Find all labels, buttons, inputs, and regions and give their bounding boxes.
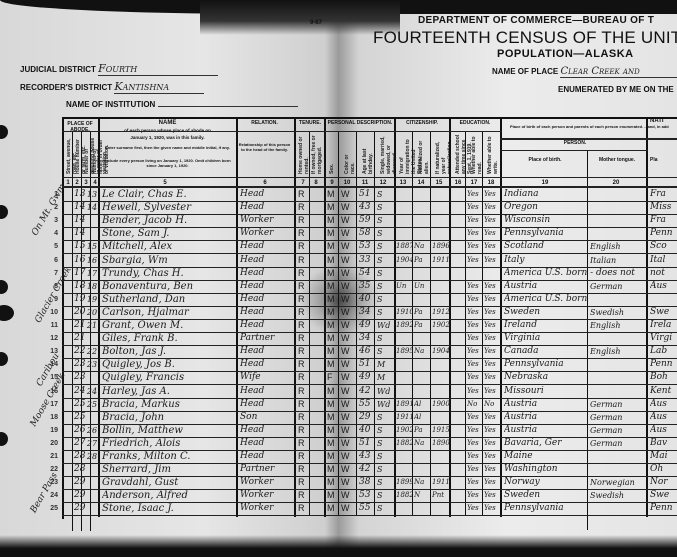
immigration-year: 1904 [396, 254, 412, 267]
mother-tongue [590, 463, 646, 476]
age: 42 [359, 385, 374, 398]
line-number: 21 [44, 450, 58, 463]
grid-line [62, 131, 502, 132]
naturalization-year: 1911 [432, 254, 449, 267]
line-number: 22 [44, 463, 58, 476]
age: 51 [359, 437, 374, 450]
relation: Worker [240, 502, 294, 515]
sex: M [327, 332, 338, 345]
family-number [86, 227, 98, 240]
family-number: 24 [86, 385, 98, 398]
table-row: 7 17 17 Trundy, Chas H. Head R M W 54 S … [0, 267, 677, 280]
race: W [341, 450, 355, 463]
marital-status: S [377, 267, 394, 280]
family-number [86, 502, 98, 515]
marital-status: Wd [377, 319, 394, 332]
home-owned-rented: R [298, 280, 308, 293]
race: W [341, 240, 355, 253]
naturalized [414, 358, 430, 371]
able-to-write: Yes [484, 214, 500, 227]
father-birthplace: Swe [650, 306, 677, 319]
home-owned-rented: R [298, 476, 308, 489]
line-number: 15 [44, 371, 58, 384]
age: 53 [359, 240, 374, 253]
able-to-write: Yes [484, 385, 500, 398]
immigration-year [396, 188, 412, 201]
person-name: Stone, Isaac J. [102, 502, 234, 515]
immigration-year: 1899 [396, 476, 412, 489]
naturalized [414, 214, 430, 227]
enumerated-label: ENUMERATED BY ME ON THE [558, 85, 674, 94]
person-name: Bracia, Markus [102, 398, 234, 411]
able-to-write: Yes [484, 227, 500, 240]
home-owned-rented: R [298, 227, 308, 240]
line-number: 6 [44, 254, 58, 267]
naturalization-year [432, 293, 449, 306]
able-to-read: Yes [467, 411, 482, 424]
home-owned-rented: R [298, 437, 308, 450]
home-owned-rented: R [298, 319, 308, 332]
naturalized [414, 188, 430, 201]
sex: M [327, 201, 338, 214]
race: W [341, 188, 355, 201]
scan-edge-bottom [0, 535, 677, 557]
able-to-write: Yes [484, 280, 500, 293]
sex: M [327, 463, 338, 476]
table-row: 15 23 Quigley, Francis Wife R F W 49 M Y… [0, 371, 677, 384]
family-number: 27 [86, 437, 98, 450]
father-birthplace: Aus [650, 280, 677, 293]
race: W [341, 293, 355, 306]
person-name: Trundy, Chas H. [102, 267, 234, 280]
naturalized [414, 371, 430, 384]
home-owned-rented: R [298, 489, 308, 502]
father-birthplace: Oh [650, 463, 677, 476]
table-row: 12 21 Giles, Frank B. Partner R M W 34 S… [0, 332, 677, 345]
immigration-year [396, 450, 412, 463]
relation: Head [240, 280, 294, 293]
marital-status: S [377, 293, 394, 306]
mother-tongue: German [590, 411, 646, 424]
line-number: 8 [44, 280, 58, 293]
sex: M [327, 398, 338, 411]
sex: M [327, 267, 338, 280]
mother-tongue [590, 293, 646, 306]
age: 59 [359, 214, 374, 227]
father-birthplace: Aus [650, 411, 677, 424]
age: 35 [359, 280, 374, 293]
naturalized: Na [414, 476, 430, 489]
person-name: Bender, Jacob H. [102, 214, 234, 227]
father-birthplace: Ital [650, 254, 677, 267]
home-owned-rented: R [298, 502, 308, 515]
sex: F [327, 371, 338, 384]
naturalized: Pa [414, 319, 430, 332]
relation: Partner [240, 332, 294, 345]
able-to-read: Yes [467, 450, 482, 463]
marital-status: S [377, 437, 394, 450]
naturalization-year [432, 411, 449, 424]
home-owned-rented: R [298, 293, 308, 306]
father-birthplace: Swe [650, 489, 677, 502]
line-number: 11 [44, 319, 58, 332]
race: W [341, 424, 355, 437]
table-row: 17 25 25 Bracia, Markus Head R M W 55 Wd… [0, 398, 677, 411]
able-to-read: Yes [467, 332, 482, 345]
immigration-year [396, 267, 412, 280]
family-number [86, 214, 98, 227]
marital-status: S [377, 424, 394, 437]
marital-status: S [377, 411, 394, 424]
family-number: 17 [86, 267, 98, 280]
naturalization-year: 1904 [432, 345, 449, 358]
naturalization-year: 1890 [432, 437, 449, 450]
marital-status: M [377, 358, 394, 371]
sex: M [327, 502, 338, 515]
mother-tongue: German [590, 424, 646, 437]
line-number: 2 [44, 201, 58, 214]
relation: Head [240, 437, 294, 450]
sex: M [327, 476, 338, 489]
home-owned-rented: R [298, 411, 308, 424]
race: W [341, 319, 355, 332]
naturalization-year [432, 332, 449, 345]
father-birthplace: Penn [650, 502, 677, 515]
immigration-year [396, 214, 412, 227]
able-to-read: Yes [467, 240, 482, 253]
immigration-year [396, 385, 412, 398]
mother-tongue [590, 201, 646, 214]
relation: Head [240, 267, 294, 280]
naturalization-year [432, 227, 449, 240]
age: 40 [359, 293, 374, 306]
mother-tongue: Norwegian [590, 476, 646, 489]
race: W [341, 345, 355, 358]
home-owned-rented: R [298, 267, 308, 280]
father-birthplace: not [650, 267, 677, 280]
immigration-year [396, 332, 412, 345]
census-page: 9-67 DEPARTMENT OF COMMERCE—BUREAU OF T … [0, 0, 677, 557]
relation: Head [240, 358, 294, 371]
relation: Son [240, 411, 294, 424]
census-title: FOURTEENTH CENSUS OF THE UNITED [373, 28, 677, 48]
mother-tongue: English [590, 345, 646, 358]
home-owned-rented: R [298, 398, 308, 411]
relation: Partner [240, 463, 294, 476]
marital-status: S [377, 201, 394, 214]
able-to-read: Yes [467, 254, 482, 267]
able-to-write: Yes [484, 489, 500, 502]
able-to-write: Yes [484, 293, 500, 306]
mother-tongue [590, 371, 646, 384]
father-birthplace [650, 293, 677, 306]
judicial-district: JUDICIAL DISTRICT Fourth [20, 62, 218, 76]
population-subtitle: POPULATION—ALASKA [497, 48, 634, 60]
naturalization-year [432, 358, 449, 371]
recorders-district-value: Kantishna [114, 80, 204, 94]
age: 34 [359, 332, 374, 345]
sex: M [327, 319, 338, 332]
age: 43 [359, 201, 374, 214]
sex: M [327, 437, 338, 450]
line-number: 5 [44, 240, 58, 253]
immigration-year: 1891 [396, 398, 412, 411]
marital-status: Wd [377, 398, 394, 411]
person-name: Bonaventura, Ben [102, 280, 234, 293]
person-name: Grant, Owen M. [102, 319, 234, 332]
immigration-year: 1882 [396, 437, 412, 450]
table-row: 24 29 Anderson, Alfred Worker R M W 53 S… [0, 489, 677, 502]
table-row: 11 21 21 Grant, Owen M. Head R M W 49 Wd… [0, 319, 677, 332]
naturalized [414, 293, 430, 306]
family-number: 21 [86, 319, 98, 332]
person-name: Gravdahl, Gust [102, 476, 234, 489]
person-name: Sherrard, Jim [102, 463, 234, 476]
person-name: Giles, Frank B. [102, 332, 234, 345]
home-owned-rented: R [298, 463, 308, 476]
father-birthplace: Fra [650, 214, 677, 227]
father-birthplace: Boh [650, 371, 677, 384]
line-number: 17 [44, 398, 58, 411]
line-number: 18 [44, 411, 58, 424]
immigration-year: 1882 [396, 489, 412, 502]
mother-tongue [590, 267, 646, 280]
naturalized: Pa [414, 254, 430, 267]
sex: M [327, 227, 338, 240]
family-number: 13 [86, 188, 98, 201]
able-to-write: Yes [484, 201, 500, 214]
age: 49 [359, 319, 374, 332]
race: W [341, 227, 355, 240]
naturalization-year [432, 201, 449, 214]
able-to-read: Yes [467, 358, 482, 371]
marital-status: Wd [377, 385, 394, 398]
form-number: 9-67 [310, 20, 322, 26]
naturalization-year: 1902 [432, 319, 449, 332]
family-number: 22 [86, 345, 98, 358]
marital-status: S [377, 476, 394, 489]
able-to-read: Yes [467, 424, 482, 437]
person-name: Friedrich, Alois [102, 437, 234, 450]
immigration-year: 1911 [396, 411, 412, 424]
person-name: Franks, Milton C. [102, 450, 234, 463]
family-number [86, 411, 98, 424]
naturalization-year [432, 371, 449, 384]
mother-tongue [590, 332, 646, 345]
marital-status: S [377, 332, 394, 345]
able-to-write: Yes [484, 319, 500, 332]
marital-status: S [377, 345, 394, 358]
race: W [341, 385, 355, 398]
age: 53 [359, 489, 374, 502]
father-birthplace: Fra [650, 188, 677, 201]
mother-tongue: Swedish [590, 489, 646, 502]
judicial-district-label: JUDICIAL DISTRICT [20, 65, 96, 74]
line-number: 3 [44, 214, 58, 227]
sex: M [327, 345, 338, 358]
naturalization-year: 1915 [432, 424, 449, 437]
age: 55 [359, 398, 374, 411]
race: W [341, 267, 355, 280]
relation: Head [240, 385, 294, 398]
naturalization-year [432, 214, 449, 227]
naturalization-year [432, 450, 449, 463]
able-to-read: Yes [467, 280, 482, 293]
sex: M [327, 240, 338, 253]
family-number: 26 [86, 424, 98, 437]
table-row: 5 15 15 Mitchell, Alex Head R M W 53 S 1… [0, 240, 677, 253]
immigration-year [396, 371, 412, 384]
line-number: 20 [44, 437, 58, 450]
family-number [86, 463, 98, 476]
naturalization-year: 1896 [432, 240, 449, 253]
table-row: 4 14 Stone, Sam J. Worker R M W 58 S Yes… [0, 227, 677, 240]
age: 51 [359, 358, 374, 371]
immigration-year: 1910 [396, 306, 412, 319]
able-to-write: Yes [484, 450, 500, 463]
marital-status: S [377, 254, 394, 267]
father-birthplace: Penn [650, 227, 677, 240]
mother-tongue: German [590, 437, 646, 450]
grid-line [62, 177, 677, 178]
race: W [341, 332, 355, 345]
immigration-year [396, 227, 412, 240]
able-to-read: Yes [467, 293, 482, 306]
department-header: DEPARTMENT OF COMMERCE—BUREAU OF T [418, 15, 654, 26]
table-row: 14 23 23 Quigley, Jos B. Head R M W 51 M… [0, 358, 677, 371]
naturalized [414, 227, 430, 240]
race: W [341, 411, 355, 424]
family-number: 14 [86, 201, 98, 214]
marital-status: S [377, 227, 394, 240]
home-owned-rented: R [298, 240, 308, 253]
able-to-read: Yes [467, 476, 482, 489]
relation: Head [240, 240, 294, 253]
father-birthplace: Sco [650, 240, 677, 253]
age: 43 [359, 450, 374, 463]
marital-status: S [377, 450, 394, 463]
able-to-read: Yes [467, 345, 482, 358]
binder-hole [0, 125, 8, 139]
naturalization-year [432, 280, 449, 293]
person-name: Hewell, Sylvester [102, 201, 234, 214]
father-birthplace: Kent [650, 385, 677, 398]
line-number: 7 [44, 267, 58, 280]
sex: M [327, 411, 338, 424]
line-number: 10 [44, 306, 58, 319]
home-owned-rented: R [298, 214, 308, 227]
naturalization-year [432, 502, 449, 515]
immigration-year [396, 358, 412, 371]
person-name: Bolton, Jas J. [102, 345, 234, 358]
person-name: Sbargia, Wm [102, 254, 234, 267]
relation: Worker [240, 476, 294, 489]
immigration-year: Un [396, 280, 412, 293]
mother-tongue [590, 502, 646, 515]
table-row: 25 29 Stone, Isaac J. Worker R M W 55 S … [0, 502, 677, 515]
immigration-year: 1895 [396, 345, 412, 358]
family-number [86, 371, 98, 384]
able-to-read: Yes [467, 371, 482, 384]
race: W [341, 476, 355, 489]
age: 42 [359, 463, 374, 476]
relation: Head [240, 398, 294, 411]
line-number: 16 [44, 385, 58, 398]
race: W [341, 398, 355, 411]
naturalization-year [432, 267, 449, 280]
home-owned-rented: R [298, 188, 308, 201]
naturalized: Na [414, 240, 430, 253]
person-name: Mitchell, Alex [102, 240, 234, 253]
table-row: 21 28 28 Franks, Milton C. Head R M W 43… [0, 450, 677, 463]
able-to-write: Yes [484, 345, 500, 358]
able-to-write: Yes [484, 254, 500, 267]
able-to-write: Yes [484, 424, 500, 437]
race: W [341, 201, 355, 214]
naturalization-year: 1911 [432, 476, 449, 489]
relation: Worker [240, 227, 294, 240]
mother-tongue: Swedish [590, 306, 646, 319]
immigration-year [396, 201, 412, 214]
person-name: Anderson, Alfred [102, 489, 234, 502]
father-birthplace: Aus [650, 398, 677, 411]
able-to-write: Yes [484, 188, 500, 201]
age: 29 [359, 411, 374, 424]
race: W [341, 358, 355, 371]
table-row: 1 13 13 Le Clair, Chas E. Head R M W 51 … [0, 188, 677, 201]
able-to-write: Yes [484, 371, 500, 384]
able-to-read: Yes [467, 214, 482, 227]
naturalization-year: Pnt [432, 489, 449, 502]
able-to-read: Yes [467, 319, 482, 332]
naturalization-year [432, 188, 449, 201]
race: W [341, 280, 355, 293]
age: 58 [359, 227, 374, 240]
table-row: 9 19 19 Sutherland, Dan Head R M W 40 S … [0, 293, 677, 306]
naturalized: Al [414, 398, 430, 411]
home-owned-rented: R [298, 424, 308, 437]
person-name: Quigley, Jos B. [102, 358, 234, 371]
sex: M [327, 188, 338, 201]
age: 49 [359, 371, 374, 384]
age: 51 [359, 188, 374, 201]
scan-shadow-binding [200, 0, 400, 35]
mother-tongue [590, 227, 646, 240]
marital-status: S [377, 280, 394, 293]
table-row: 16 24 24 Harley, Jas A. Head R M W 42 Wd… [0, 385, 677, 398]
family-number [86, 489, 98, 502]
place-value: Clear Creek and [560, 66, 677, 78]
table-row: 10 20 20 Carlson, Hjalmar Head R M W 34 … [0, 306, 677, 319]
able-to-read: Yes [467, 502, 482, 515]
family-number: 23 [86, 358, 98, 371]
relation: Head [240, 424, 294, 437]
relation: Head [240, 306, 294, 319]
institution-value [158, 98, 298, 107]
father-birthplace: Irela [650, 319, 677, 332]
marital-status: S [377, 489, 394, 502]
recorders-district: RECORDER'S DISTRICT Kantishna [20, 80, 204, 94]
age: 54 [359, 267, 374, 280]
father-birthplace: Bav [650, 437, 677, 450]
age: 34 [359, 306, 374, 319]
able-to-write: Yes [484, 463, 500, 476]
line-number: 14 [44, 358, 58, 371]
table-row: 19 26 26 Bollin, Matthew Head R M W 40 S… [0, 424, 677, 437]
person-name: Bracia, John [102, 411, 234, 424]
naturalized [414, 463, 430, 476]
marital-status: S [377, 502, 394, 515]
